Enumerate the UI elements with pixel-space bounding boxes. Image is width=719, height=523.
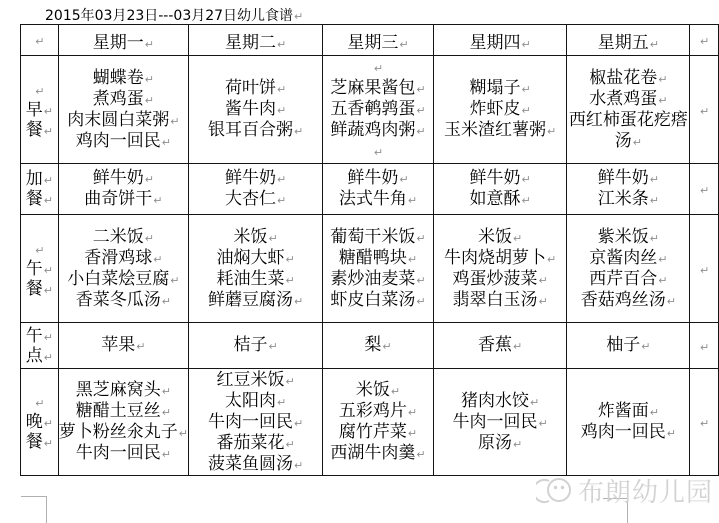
menu-line: 炸虾皮↵ bbox=[434, 99, 567, 120]
menu-line: 油焖大虾↵ bbox=[189, 248, 322, 269]
menu-line: 香菜冬瓜汤↵ bbox=[59, 290, 188, 311]
menu-line-text: 鲜牛奶 bbox=[347, 168, 398, 188]
menu-line: 牛肉一回民↵ bbox=[59, 443, 188, 464]
menu-line: 鲜蘑豆腐汤↵ bbox=[189, 290, 322, 311]
return-mark: ↵ bbox=[277, 194, 286, 207]
row-end-mark: ↵ bbox=[690, 323, 719, 369]
return-mark: ↵ bbox=[179, 427, 188, 440]
menu-line: 二米饭↵ bbox=[59, 227, 188, 248]
menu-line-text: 太阳肉 bbox=[225, 391, 276, 411]
return-mark: ↵ bbox=[416, 274, 425, 287]
return-mark: ↵ bbox=[170, 274, 179, 287]
return-mark: ↵ bbox=[44, 437, 53, 450]
menu-line-text: 鲜牛奶 bbox=[93, 168, 144, 188]
menu-line-text: 椒盐花卷 bbox=[589, 68, 657, 88]
return-mark: ↵ bbox=[44, 125, 53, 138]
day-header-text: 星期二 bbox=[225, 33, 276, 53]
cell-afternoon-snack-day1: 苹果↵ bbox=[58, 323, 188, 369]
menu-line: 太阳肉↵ bbox=[189, 391, 322, 412]
return-mark: ↵ bbox=[399, 38, 408, 51]
menu-line: 玉米渣红薯粥↵ bbox=[434, 120, 567, 141]
return-mark: ↵ bbox=[658, 253, 667, 266]
menu-line: 椒盐花卷↵ bbox=[567, 68, 689, 89]
menu-line: ↵ bbox=[21, 80, 58, 100]
menu-line-text: 如意酥 bbox=[470, 189, 521, 209]
cell-dinner-day2: 红豆米饭↵太阳肉↵牛肉一回民↵番茄菜花↵菠菜鱼圆汤↵ bbox=[189, 369, 323, 476]
menu-line-text: 酱牛肉 bbox=[225, 99, 276, 119]
menu-line: 牛肉烧胡萝卜↵ bbox=[434, 248, 567, 269]
return-mark: ↵ bbox=[145, 232, 154, 245]
day-header-text: 星期三 bbox=[347, 33, 398, 53]
menu-line: 早↵ bbox=[21, 100, 58, 120]
return-mark: ↵ bbox=[285, 274, 294, 287]
menu-line: 午↵ bbox=[21, 326, 58, 346]
return-mark: ↵ bbox=[35, 85, 44, 98]
cell-breakfast-day2: 荷叶饼↵酱牛肉↵银耳百合粥↵ bbox=[189, 56, 323, 164]
menu-line: 香蕉↵ bbox=[434, 335, 567, 356]
return-mark: ↵ bbox=[294, 125, 303, 138]
menu-line-text: 番茄菜花 bbox=[216, 433, 284, 453]
menu-line: ↵ bbox=[323, 141, 433, 162]
menu-line-text: 午 bbox=[26, 259, 43, 279]
cell-lunch-day2: 米饭↵油焖大虾↵耗油生菜↵鲜蘑豆腐汤↵ bbox=[189, 215, 323, 323]
menu-line: 萝卜粉丝氽丸子↵ bbox=[59, 422, 188, 443]
return-mark: ↵ bbox=[416, 232, 425, 245]
menu-line: 牛肉一回民↵ bbox=[434, 412, 567, 433]
menu-line-text: 虾皮白菜汤 bbox=[330, 290, 415, 310]
cell-lunch-day3: 葡萄干米饭↵糖醋鸭块↵素炒油麦菜↵虾皮白菜汤↵ bbox=[323, 215, 434, 323]
menu-line-text: 餐 bbox=[26, 432, 43, 452]
return-mark: ↵ bbox=[35, 244, 44, 257]
cell-breakfast-day3: ↵芝麻果酱包↵五香鹌鹑蛋↵鲜蔬鸡肉粥↵↵ bbox=[323, 56, 434, 164]
cell-dinner-day4: 猪肉水饺↵牛肉一回民↵原汤↵ bbox=[433, 369, 567, 476]
menu-line: 点↵ bbox=[21, 346, 58, 366]
menu-line: 番茄菜花↵ bbox=[189, 433, 322, 454]
menu-line: 米饭↵ bbox=[189, 227, 322, 248]
menu-line-text: 柚子 bbox=[606, 335, 640, 355]
return-mark: ↵ bbox=[35, 35, 44, 48]
return-mark: ↵ bbox=[391, 385, 400, 398]
menu-line: 素炒油麦菜↵ bbox=[323, 269, 433, 290]
return-mark: ↵ bbox=[374, 62, 383, 75]
menu-line-text: 餐 bbox=[26, 120, 43, 140]
menu-line: 小白菜烩豆腐↵ bbox=[59, 269, 188, 290]
menu-line-text: 肉末圆白菜粥 bbox=[67, 110, 169, 130]
menu-line-text: 素炒油麦菜 bbox=[330, 269, 415, 289]
return-mark: ↵ bbox=[700, 35, 709, 48]
menu-line-text: 炸酱面 bbox=[598, 401, 649, 421]
return-mark: ↵ bbox=[416, 448, 425, 461]
return-mark: ↵ bbox=[700, 264, 709, 277]
return-mark: ↵ bbox=[162, 385, 171, 398]
return-mark: ↵ bbox=[522, 83, 531, 96]
day-header-1: 星期一↵ bbox=[58, 25, 188, 56]
return-mark: ↵ bbox=[547, 125, 556, 138]
menu-line-text: 苹果 bbox=[101, 335, 135, 355]
return-mark: ↵ bbox=[658, 94, 667, 107]
return-mark: ↵ bbox=[153, 194, 162, 207]
return-mark: ↵ bbox=[650, 173, 659, 186]
row-end-mark: ↵ bbox=[690, 215, 719, 323]
return-mark: ↵ bbox=[44, 264, 53, 277]
menu-line-text: 小白菜烩豆腐 bbox=[67, 269, 169, 289]
menu-line: 汤↵ bbox=[567, 131, 689, 152]
text-boundary-corner-mark bbox=[21, 496, 47, 523]
return-mark: ↵ bbox=[522, 173, 531, 186]
return-mark: ↵ bbox=[268, 340, 277, 353]
return-mark: ↵ bbox=[513, 438, 522, 451]
return-mark: ↵ bbox=[162, 448, 171, 461]
corner-cell: ↵ bbox=[21, 25, 59, 56]
watermark-text: 布朗幼儿园 bbox=[578, 472, 713, 509]
menu-line: 五香鹌鹑蛋↵ bbox=[323, 99, 433, 120]
cell-dinner-day3: 米饭↵五彩鸡片↵腐竹芹菜↵西湖牛肉羹↵ bbox=[323, 369, 434, 476]
return-mark: ↵ bbox=[44, 194, 53, 207]
return-mark: ↵ bbox=[162, 295, 171, 308]
return-mark: ↵ bbox=[35, 397, 44, 410]
menu-line-text: 餐 bbox=[26, 279, 43, 299]
return-mark: ↵ bbox=[522, 194, 531, 207]
return-mark: ↵ bbox=[44, 284, 53, 297]
return-mark: ↵ bbox=[700, 417, 709, 430]
row-end-mark: ↵ bbox=[690, 25, 719, 56]
kindergarten-logo-icon bbox=[536, 474, 574, 508]
return-mark: ↵ bbox=[650, 194, 659, 207]
menu-line: 餐↵ bbox=[21, 120, 58, 140]
menu-line: 鲜牛奶↵ bbox=[189, 168, 322, 189]
menu-line-text: 鲜蔬鸡肉粥 bbox=[330, 120, 415, 140]
menu-line-text: 鸡蛋炒菠菜 bbox=[453, 269, 538, 289]
menu-line-text: 香蕉 bbox=[478, 335, 512, 355]
return-mark: ↵ bbox=[44, 331, 53, 344]
cell-lunch-day4: 米饭↵牛肉烧胡萝卜↵鸡蛋炒菠菜↵翡翠白玉汤↵ bbox=[433, 215, 567, 323]
menu-line: 肉末圆白菜粥↵ bbox=[59, 110, 188, 131]
menu-line: 菠菜鱼圆汤↵ bbox=[189, 454, 322, 475]
table-row-afternoon-snack: 午↵点↵苹果↵桔子↵梨↵香蕉↵柚子↵↵ bbox=[21, 323, 719, 369]
menu-line-text: 曲奇饼干 bbox=[84, 189, 152, 209]
menu-line: 蝴蝶卷↵ bbox=[59, 68, 188, 89]
return-mark: ↵ bbox=[650, 38, 659, 51]
menu-line-text: 荷叶饼 bbox=[225, 78, 276, 98]
menu-line-text: 午 bbox=[26, 326, 43, 346]
cell-afternoon-snack-day3: 梨↵ bbox=[323, 323, 434, 369]
return-mark: ↵ bbox=[416, 83, 425, 96]
cell-breakfast-day1: 蝴蝶卷↵煮鸡蛋↵肉末圆白菜粥↵鸡肉一回民↵ bbox=[58, 56, 188, 164]
menu-line-text: 餐 bbox=[26, 189, 43, 209]
menu-line-text: 汤 bbox=[615, 131, 632, 151]
return-mark: ↵ bbox=[700, 105, 709, 118]
menu-line-text: 菠菜鱼圆汤 bbox=[208, 454, 293, 474]
menu-line: 翡翠白玉汤↵ bbox=[434, 290, 567, 311]
return-mark: ↵ bbox=[633, 136, 642, 149]
return-mark: ↵ bbox=[700, 341, 709, 354]
return-mark: ↵ bbox=[399, 173, 408, 186]
menu-line-text: 米饭 bbox=[478, 227, 512, 247]
menu-line: 餐↵ bbox=[21, 279, 58, 299]
cell-dinner-day5: 炸酱面↵鸡肉一回民↵ bbox=[567, 369, 690, 476]
menu-line: 大杏仁↵ bbox=[189, 189, 322, 210]
menu-line-text: 米饭 bbox=[233, 227, 267, 247]
cell-morning-snack-day1: 鲜牛奶↵曲奇饼干↵ bbox=[58, 164, 188, 215]
menu-line-text: 桔子 bbox=[233, 335, 267, 355]
cell-dinner-day1: 黑芝麻窝头↵糖醋土豆丝↵萝卜粉丝氽丸子↵牛肉一回民↵ bbox=[58, 369, 188, 476]
return-mark: ↵ bbox=[382, 340, 391, 353]
menu-line: 柚子↵ bbox=[567, 335, 689, 356]
menu-line: 法式牛角↵ bbox=[323, 189, 433, 210]
menu-line-text: 五香鹌鹑蛋 bbox=[330, 99, 415, 119]
table-row-lunch: ↵午↵餐↵二米饭↵香滑鸡球↵小白菜烩豆腐↵香菜冬瓜汤↵米饭↵油焖大虾↵耗油生菜↵… bbox=[21, 215, 719, 323]
return-mark: ↵ bbox=[294, 417, 303, 430]
return-mark: ↵ bbox=[539, 417, 548, 430]
return-mark: ↵ bbox=[416, 295, 425, 308]
menu-line: 五彩鸡片↵ bbox=[323, 401, 433, 422]
menu-line-text: 黑芝麻窝头 bbox=[76, 380, 161, 400]
menu-line-text: 猪肉水饺 bbox=[461, 391, 529, 411]
menu-line: 西红柿蛋花疙瘩 bbox=[567, 110, 689, 131]
menu-line: 苹果↵ bbox=[59, 335, 188, 356]
table-row-header: ↵星期一↵星期二↵星期三↵星期四↵星期五↵↵ bbox=[21, 25, 719, 56]
row-label-lunch: ↵午↵餐↵ bbox=[21, 215, 59, 323]
cell-lunch-day1: 二米饭↵香滑鸡球↵小白菜烩豆腐↵香菜冬瓜汤↵ bbox=[58, 215, 188, 323]
menu-line-text: 紫米饭 bbox=[598, 227, 649, 247]
cell-morning-snack-day2: 鲜牛奶↵大杏仁↵ bbox=[189, 164, 323, 215]
menu-line: 耗油生菜↵ bbox=[189, 269, 322, 290]
return-mark: ↵ bbox=[277, 104, 286, 117]
menu-line-text: 红豆米饭 bbox=[216, 370, 284, 390]
menu-line: 紫米饭↵ bbox=[567, 227, 689, 248]
day-header-3: 星期三↵ bbox=[323, 25, 434, 56]
return-mark: ↵ bbox=[153, 253, 162, 266]
menu-line: 香滑鸡球↵ bbox=[59, 248, 188, 269]
return-mark: ↵ bbox=[539, 295, 548, 308]
day-header-text: 星期一 bbox=[93, 33, 144, 53]
menu-line-text: 银耳百合粥 bbox=[208, 120, 293, 140]
return-mark: ↵ bbox=[44, 174, 53, 187]
menu-line-text: 西湖牛肉羹 bbox=[330, 443, 415, 463]
menu-line: 午↵ bbox=[21, 259, 58, 279]
return-mark: ↵ bbox=[285, 375, 294, 388]
menu-line: 桔子↵ bbox=[189, 335, 322, 356]
menu-line: 香菇鸡丝汤↵ bbox=[567, 290, 689, 311]
return-mark: ↵ bbox=[547, 253, 556, 266]
cell-morning-snack-day3: 鲜牛奶↵法式牛角↵ bbox=[323, 164, 434, 215]
menu-line-text: 煮鸡蛋 bbox=[93, 89, 144, 109]
table-row-dinner: ↵晚↵餐↵黑芝麻窝头↵糖醋土豆丝↵萝卜粉丝氽丸子↵牛肉一回民↵红豆米饭↵太阳肉↵… bbox=[21, 369, 719, 476]
table-row-breakfast: ↵早↵餐↵蝴蝶卷↵煮鸡蛋↵肉末圆白菜粥↵鸡肉一回民↵荷叶饼↵酱牛肉↵银耳百合粥↵… bbox=[21, 56, 719, 164]
return-mark: ↵ bbox=[522, 104, 531, 117]
menu-line-text: 鲜牛奶 bbox=[225, 168, 276, 188]
menu-line: 腐竹芹菜↵ bbox=[323, 422, 433, 443]
menu-line: 糖醋土豆丝↵ bbox=[59, 401, 188, 422]
return-mark: ↵ bbox=[277, 38, 286, 51]
menu-line-text: 牛肉一回民 bbox=[453, 412, 538, 432]
return-mark: ↵ bbox=[285, 438, 294, 451]
menu-line-text: 翡翠白玉汤 bbox=[453, 290, 538, 310]
return-mark: ↵ bbox=[408, 194, 417, 207]
menu-line-text: 江米条 bbox=[598, 189, 649, 209]
row-end-mark: ↵ bbox=[690, 56, 719, 164]
return-mark: ↵ bbox=[145, 173, 154, 186]
menu-line-text: 点 bbox=[26, 346, 43, 366]
menu-line: 水煮鸡蛋↵ bbox=[567, 89, 689, 110]
menu-line: 米饭↵ bbox=[323, 380, 433, 401]
menu-line-text: 鲜牛奶 bbox=[470, 168, 521, 188]
menu-line: 红豆米饭↵ bbox=[189, 370, 322, 391]
menu-line-text: 香滑鸡球 bbox=[84, 248, 152, 268]
row-label-afternoon-snack: 午↵点↵ bbox=[21, 323, 59, 369]
menu-line-text: 鸡肉一回民 bbox=[76, 131, 161, 151]
return-mark: ↵ bbox=[285, 253, 294, 266]
table-row-morning-snack: 加↵餐↵鲜牛奶↵曲奇饼干↵鲜牛奶↵大杏仁↵鲜牛奶↵法式牛角↵鲜牛奶↵如意酥↵鲜牛… bbox=[21, 164, 719, 215]
menu-line-text: 牛肉烧胡萝卜 bbox=[444, 248, 546, 268]
menu-line-text: 五彩鸡片 bbox=[339, 401, 407, 421]
menu-line-text: 西芹百合 bbox=[589, 269, 657, 289]
menu-line-text: 炸虾皮 bbox=[470, 99, 521, 119]
menu-line: 芝麻果酱包↵ bbox=[323, 78, 433, 99]
return-mark: ↵ bbox=[162, 406, 171, 419]
menu-line: 加↵ bbox=[21, 169, 58, 189]
cell-morning-snack-day4: 鲜牛奶↵如意酥↵ bbox=[433, 164, 567, 215]
cell-breakfast-day5: 椒盐花卷↵水煮鸡蛋↵西红柿蛋花疙瘩汤↵ bbox=[567, 56, 690, 164]
menu-line-text: 原汤 bbox=[478, 433, 512, 453]
return-mark: ↵ bbox=[658, 274, 667, 287]
return-mark: ↵ bbox=[650, 232, 659, 245]
menu-line: 京酱肉丝↵ bbox=[567, 248, 689, 269]
day-header-text: 星期四 bbox=[470, 33, 521, 53]
menu-line: 米饭↵ bbox=[434, 227, 567, 248]
menu-line: ↵ bbox=[21, 239, 58, 259]
return-mark: ↵ bbox=[170, 115, 179, 128]
menu-line: 酱牛肉↵ bbox=[189, 99, 322, 120]
row-end-mark: ↵ bbox=[690, 369, 719, 476]
menu-line: 晚↵ bbox=[21, 412, 58, 432]
return-mark: ↵ bbox=[44, 417, 53, 430]
menu-line-text: 香菜冬瓜汤 bbox=[76, 290, 161, 310]
menu-line-text: 蝴蝶卷 bbox=[93, 68, 144, 88]
menu-line: 西芹百合↵ bbox=[567, 269, 689, 290]
menu-line-text: 晚 bbox=[26, 412, 43, 432]
return-mark: ↵ bbox=[268, 232, 277, 245]
menu-line: 曲奇饼干↵ bbox=[59, 189, 188, 210]
menu-line-text: 玉米渣红薯粥 bbox=[444, 120, 546, 140]
menu-line-text: 糖醋土豆丝 bbox=[76, 401, 161, 421]
menu-line: 银耳百合粥↵ bbox=[189, 120, 322, 141]
menu-line-text: 耗油生菜 bbox=[216, 269, 284, 289]
menu-line-text: 萝卜粉丝氽丸子 bbox=[59, 422, 178, 442]
menu-line-text: 梨 bbox=[364, 335, 381, 355]
return-mark: ↵ bbox=[658, 73, 667, 86]
menu-line-text: 二米饭 bbox=[93, 227, 144, 247]
menu-line-text: 腐竹芹菜 bbox=[339, 422, 407, 442]
return-mark: ↵ bbox=[522, 38, 531, 51]
return-mark: ↵ bbox=[162, 136, 171, 149]
return-mark: ↵ bbox=[145, 38, 154, 51]
return-mark: ↵ bbox=[294, 459, 303, 472]
return-mark: ↵ bbox=[408, 253, 417, 266]
watermark: 布朗幼儿园 bbox=[536, 472, 713, 509]
day-header-text: 星期五 bbox=[598, 33, 649, 53]
menu-line: 鲜蔬鸡肉粥↵ bbox=[323, 120, 433, 141]
menu-line-text: 法式牛角 bbox=[339, 189, 407, 209]
return-mark: ↵ bbox=[145, 94, 154, 107]
menu-table: ↵星期一↵星期二↵星期三↵星期四↵星期五↵↵↵早↵餐↵蝴蝶卷↵煮鸡蛋↵肉末圆白菜… bbox=[20, 24, 719, 476]
menu-line-text: 水煮鸡蛋 bbox=[589, 89, 657, 109]
return-mark: ↵ bbox=[145, 73, 154, 86]
menu-line-text: 西红柿蛋花疙瘩 bbox=[569, 110, 688, 130]
menu-line: 鲜牛奶↵ bbox=[323, 168, 433, 189]
menu-line: 鸡肉一回民↵ bbox=[59, 131, 188, 152]
day-header-2: 星期二↵ bbox=[189, 25, 323, 56]
document-page: 2015年03月23日---03月27日幼儿食谱↵ ↵星期一↵星期二↵星期三↵星… bbox=[0, 0, 719, 523]
menu-line: 原汤↵ bbox=[434, 433, 567, 454]
menu-line: 黑芝麻窝头↵ bbox=[59, 380, 188, 401]
menu-line-text: 牛肉一回民 bbox=[76, 443, 161, 463]
row-label-breakfast: ↵早↵餐↵ bbox=[21, 56, 59, 164]
menu-line-text: 香菇鸡丝汤 bbox=[581, 290, 666, 310]
menu-line-text: 糖醋鸭块 bbox=[339, 248, 407, 268]
menu-line: ↵ bbox=[323, 57, 433, 78]
return-mark: ↵ bbox=[650, 406, 659, 419]
menu-line: 鲜牛奶↵ bbox=[434, 168, 567, 189]
menu-line: 鸡肉一回民↵ bbox=[567, 422, 689, 443]
menu-line: 猪肉水饺↵ bbox=[434, 391, 567, 412]
menu-line-text: 油焖大虾 bbox=[216, 248, 284, 268]
return-mark: ↵ bbox=[667, 295, 676, 308]
menu-line: 餐↵ bbox=[21, 189, 58, 209]
return-mark: ↵ bbox=[539, 274, 548, 287]
return-mark: ↵ bbox=[374, 146, 383, 159]
menu-line: 餐↵ bbox=[21, 432, 58, 452]
return-mark: ↵ bbox=[530, 396, 539, 409]
return-mark: ↵ bbox=[136, 340, 145, 353]
menu-line: 虾皮白菜汤↵ bbox=[323, 290, 433, 311]
menu-line-text: 京酱肉丝 bbox=[589, 248, 657, 268]
menu-line: 糊塌子↵ bbox=[434, 78, 567, 99]
return-mark: ↵ bbox=[513, 340, 522, 353]
day-header-5: 星期五↵ bbox=[567, 25, 690, 56]
menu-line: 煮鸡蛋↵ bbox=[59, 89, 188, 110]
menu-line-text: 糊塌子 bbox=[470, 78, 521, 98]
menu-line: 葡萄干米饭↵ bbox=[323, 227, 433, 248]
menu-line-text: 葡萄干米饭 bbox=[330, 227, 415, 247]
menu-line-text: 鲜蘑豆腐汤 bbox=[208, 290, 293, 310]
menu-line-text: 牛肉一回民 bbox=[208, 412, 293, 432]
return-mark: ↵ bbox=[408, 406, 417, 419]
menu-line: ↵ bbox=[21, 392, 58, 412]
menu-line: 鸡蛋炒菠菜↵ bbox=[434, 269, 567, 290]
menu-line: 如意酥↵ bbox=[434, 189, 567, 210]
menu-line: 鲜牛奶↵ bbox=[567, 168, 689, 189]
return-mark: ↵ bbox=[416, 104, 425, 117]
row-label-dinner: ↵晚↵餐↵ bbox=[21, 369, 59, 476]
day-header-4: 星期四↵ bbox=[433, 25, 567, 56]
return-mark: ↵ bbox=[277, 396, 286, 409]
menu-line: 江米条↵ bbox=[567, 189, 689, 210]
menu-line-text: 加 bbox=[26, 169, 43, 189]
return-mark: ↵ bbox=[294, 295, 303, 308]
page-title: 2015年03月23日---03月27日幼儿食谱↵ bbox=[45, 5, 303, 25]
return-mark: ↵ bbox=[44, 351, 53, 364]
menu-line-text: 鲜牛奶 bbox=[598, 168, 649, 188]
return-mark: ↵ bbox=[641, 340, 650, 353]
menu-line-text: 芝麻果酱包 bbox=[330, 78, 415, 98]
cell-lunch-day5: 紫米饭↵京酱肉丝↵西芹百合↵香菇鸡丝汤↵ bbox=[567, 215, 690, 323]
return-mark: ↵ bbox=[294, 10, 303, 23]
menu-line: 鲜牛奶↵ bbox=[59, 168, 188, 189]
menu-line: 西湖牛肉羹↵ bbox=[323, 443, 433, 464]
menu-line-text: 米饭 bbox=[356, 380, 390, 400]
page-title-text: 2015年03月23日---03月27日幼儿食谱 bbox=[45, 8, 293, 24]
